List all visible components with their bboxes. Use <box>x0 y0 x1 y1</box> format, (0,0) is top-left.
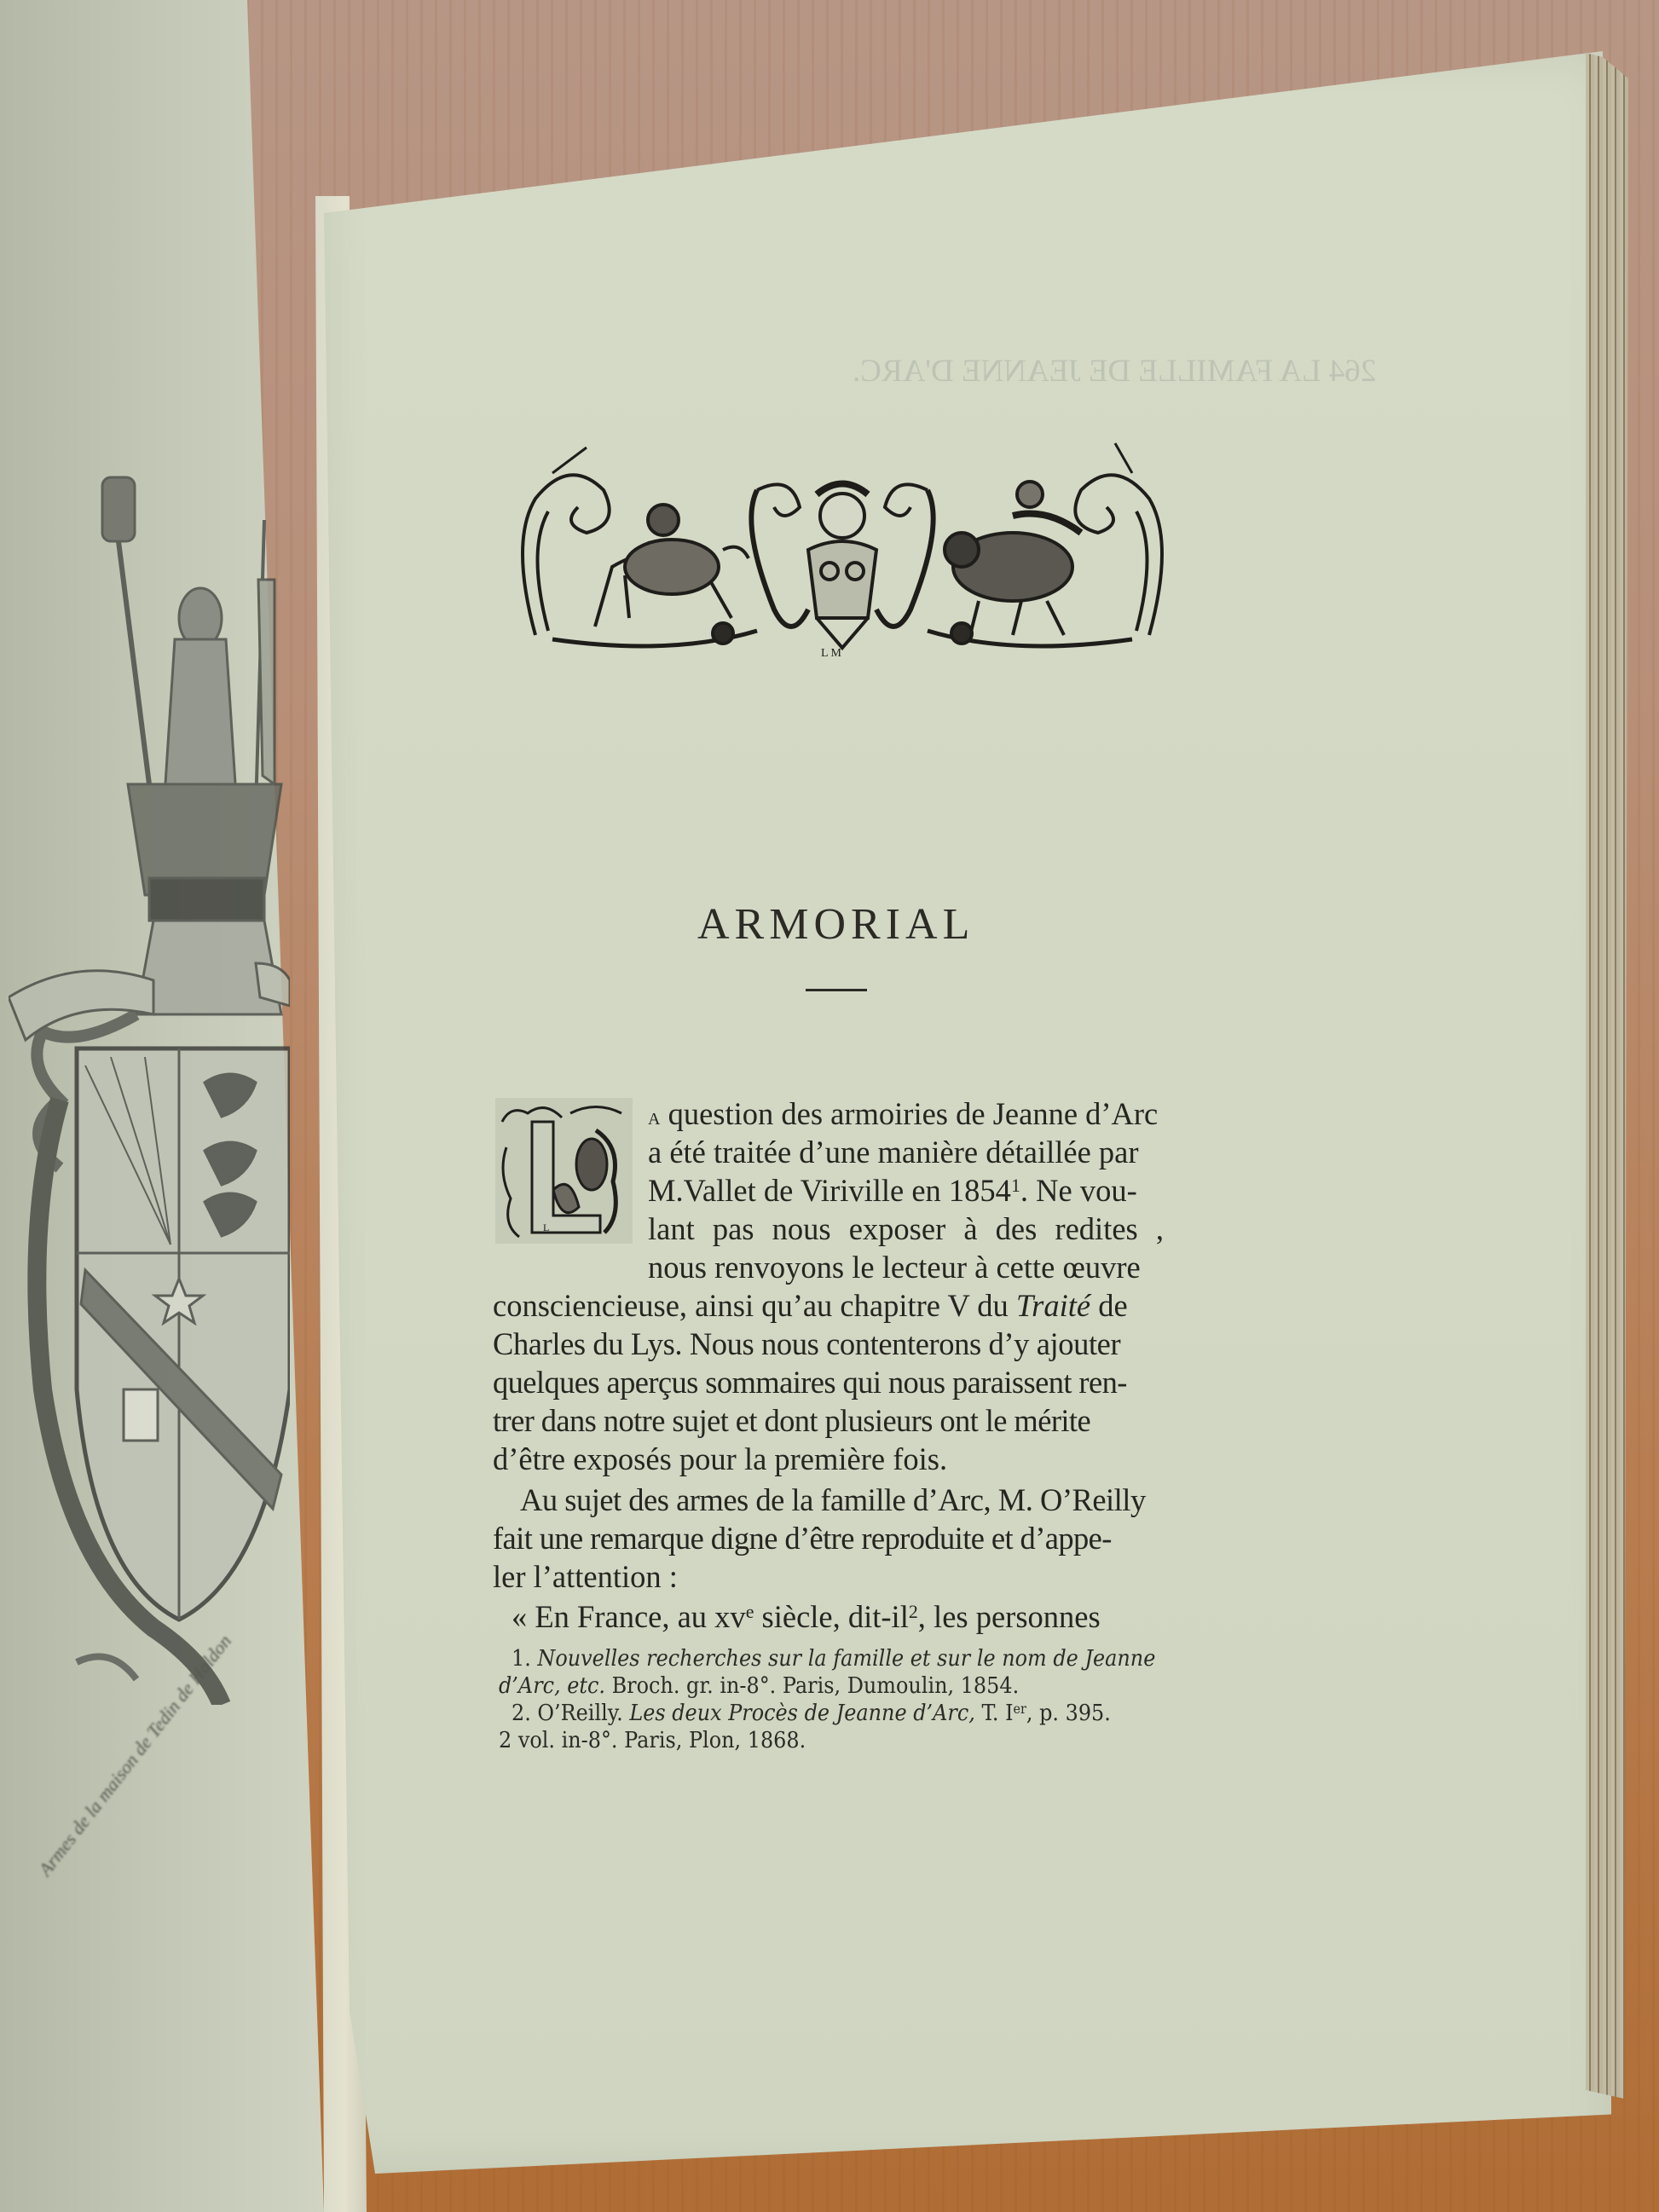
body-line-9: trer dans notre sujet et dont plusieurs … <box>493 1402 1090 1440</box>
body-line-12: fait une remarque digne d’être reproduit… <box>493 1520 1112 1557</box>
body-line-8: quelques aperçus sommaires qui nous para… <box>493 1364 1127 1401</box>
woodcut-headpiece-ornament: L M <box>501 439 1183 661</box>
footnote-1-line-2: d’Arc, etc. Broch. gr. in-8°. Paris, Dum… <box>499 1672 1019 1700</box>
body-line-1: a question des armoiries de Jeanne d’Arc <box>648 1095 1228 1136</box>
coat-of-arms-engraving <box>9 452 290 1705</box>
body-line-11: Au sujet des armes de la famille d’Arc, … <box>520 1481 1146 1519</box>
footnote-2-line-1: 2. O’Reilly. Les deux Procès de Jeanne d… <box>512 1700 1111 1727</box>
title-rule-divider <box>806 989 867 991</box>
page-edges-stack <box>1586 53 1628 2099</box>
body-line-7: Charles du Lys. Nous nous contenterons d… <box>493 1325 1120 1363</box>
body-line-2: a été traitée d’une manière détaillée pa… <box>648 1134 1139 1171</box>
body-line-14: « En France, au xve siècle, dit-il2, les… <box>512 1598 1101 1636</box>
footnote-1-line-1: 1. Nouvelles recherches sur la famille e… <box>512 1645 1155 1672</box>
ornamental-dropcap-l: L <box>493 1095 635 1246</box>
footnote-2-line-2: 2 vol. in-8°. Paris, Plon, 1868. <box>499 1727 806 1754</box>
body-line-5: nous renvoyons le lecteur à cette œuvre <box>648 1249 1141 1286</box>
svg-text:L: L <box>543 1222 549 1233</box>
show-through-header: 264 LA FAMILLE DE JEANNE D'ARC. <box>853 349 1376 394</box>
headpiece-monogram: L M <box>821 647 842 660</box>
body-line-10: d’être exposés pour la première fois. <box>493 1441 947 1478</box>
body-line-13: ler l’attention : <box>493 1558 678 1596</box>
body-line-6: consciencieuse, ainsi qu’au chapitre V d… <box>493 1287 1128 1325</box>
body-line-3: M.Vallet de Viriville en 18541. Ne vou- <box>648 1172 1137 1210</box>
body-line-4: lant pas nous exposer à des redites , <box>648 1210 1164 1248</box>
page-title: ARMORIAL <box>697 899 974 950</box>
